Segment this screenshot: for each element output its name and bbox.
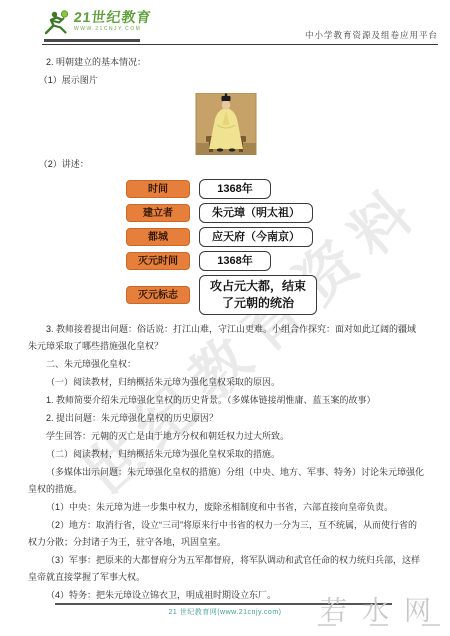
ming-facts-table: 时间 1368年 建立者 朱元璋（明太祖） 都城 应天府（今南京） 灭元时间 1… <box>126 179 424 315</box>
paragraph: 学生回答：元朝的灭亡是由于地方分权和朝廷权力过大所致。 <box>28 428 424 445</box>
table-row: 灭元时间 1368年 <box>126 251 424 271</box>
row-label: 灭元标志 <box>126 286 190 304</box>
logo-texts: 21世纪教育 WWW.21CNJY.COM <box>74 9 152 32</box>
section-heading: 2. 明朝建立的基本情况： <box>28 54 424 71</box>
table-row: 都城 应天府（今南京） <box>126 227 424 247</box>
platform-tagline: 中小学教育资源及组卷应用平台 <box>305 29 438 41</box>
paragraph: （一）阅读教材，归纳概括朱元璋为强化皇权采取的原因。 <box>28 374 424 391</box>
row-value: 1368年 <box>199 179 271 199</box>
narrate-line: （2）讲述： <box>28 156 424 173</box>
logo-url-text: WWW.21CNJY.COM <box>74 26 152 32</box>
paragraph: （多媒体出示问题：朱元璋强化皇权的措施）分组（中央、地方、军事、特务）讨论朱元璋… <box>28 464 424 498</box>
row-label: 建立者 <box>126 204 190 222</box>
document-page: { "header": { "logo": { "brand": "21世纪教育… <box>0 0 450 636</box>
logo-brand-text: 21世纪教育 <box>73 9 152 25</box>
table-row: 建立者 朱元璋（明太祖） <box>126 203 424 223</box>
show-image-line: （1）展示图片 <box>28 72 424 89</box>
row-value: 应天府（今南京） <box>199 227 313 247</box>
paragraph: 3. 教师接着提出问题：俗话说：打江山难，守江山更难。小组合作探究：面对如此辽阔… <box>28 321 424 355</box>
paragraph: （2）地方：取消行省，设立“三司”将原来行中书省的权力一分为三，互不统属，从而使… <box>28 517 424 551</box>
running-man-icon <box>42 9 72 35</box>
paragraph: （3）军事：把原来的大都督府分为五军都督府，将军队调动和武官任命的权力统归兵部，… <box>28 552 424 586</box>
table-row: 时间 1368年 <box>126 179 424 199</box>
paragraph: （二）阅读教材，归纳概括朱元璋为强化皇权采取的措施。 <box>28 446 424 463</box>
corner-watermark: 若水网 <box>320 589 446 628</box>
paragraph: 二、朱元璋强化皇权： <box>28 356 424 373</box>
corner-watermark-ticks <box>318 624 440 626</box>
row-value: 朱元璋（明太祖） <box>199 203 313 223</box>
brand-logo: 21世纪教育 WWW.21CNJY.COM <box>42 9 152 35</box>
row-label: 灭元时间 <box>126 252 190 270</box>
table-row: 灭元标志 攻占元大都，结束 了元朝的统治 <box>126 275 424 315</box>
paragraph: （1）中央：朱元璋为进一步集中权力，废除丞相制度和中书省，六部直接向皇帝负责。 <box>28 499 424 516</box>
emperor-portrait-image <box>195 93 257 155</box>
row-label: 都城 <box>126 228 190 246</box>
page-header: 21世纪教育 WWW.21CNJY.COM 中小学教育资源及组卷应用平台 <box>42 8 438 45</box>
row-value: 1368年 <box>199 251 271 271</box>
paragraph: 2. 提出问题：朱元璋强化皇权的历史原因？ <box>28 410 424 427</box>
row-label: 时间 <box>126 180 190 198</box>
row-value: 攻占元大都，结束 了元朝的统治 <box>199 275 317 315</box>
logo-underline <box>44 39 140 42</box>
document-body: 2. 明朝建立的基本情况： （1）展示图片 （2）讲述： 时间 1368年 建立… <box>28 54 424 604</box>
paragraph: 1. 教师简要介绍朱元璋强化皇权的历史背景。（多媒体链接胡惟庸、蓝玉案的故事） <box>28 392 424 409</box>
